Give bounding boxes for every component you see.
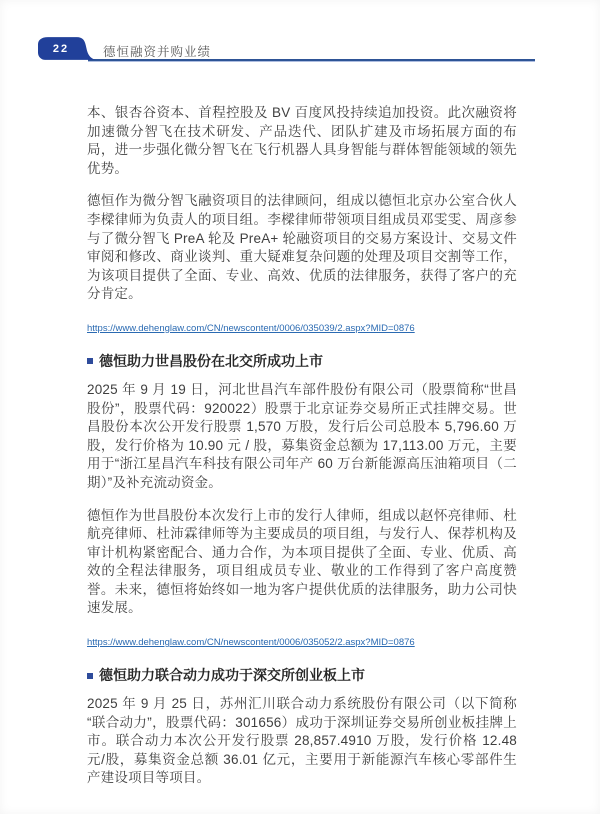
square-bullet-icon	[87, 358, 93, 364]
page-content: 本、银杏谷资本、首程控股及 BV 百度风投持续追加投资。此次融资将加速微分智飞在…	[87, 104, 517, 802]
page-header: 22 德恒融资并购业绩	[0, 0, 600, 64]
article-title: 德恒助力世昌股份在北交所成功上市	[87, 352, 517, 371]
paragraph: 2025 年 9 月 19 日，河北世昌汽车部件股份有限公司（股票简称“世昌股份…	[87, 381, 517, 493]
article-source-link[interactable]: https://www.dehenglaw.com/CN/newscontent…	[87, 637, 415, 649]
page-number: 22	[38, 36, 84, 61]
article-title: 德恒助力联合动力成功于深交所创业板上市	[87, 666, 517, 685]
header-title: 德恒融资并购业绩	[103, 42, 211, 60]
document-page: 22 德恒融资并购业绩 本、银杏谷资本、首程控股及 BV 百度风投持续追加投资。…	[0, 0, 600, 814]
page-number-tab: 22	[38, 36, 96, 61]
square-bullet-icon	[87, 673, 93, 679]
article-title-text: 德恒助力联合动力成功于深交所创业板上市	[99, 666, 365, 685]
article-source-link[interactable]: https://www.dehenglaw.com/CN/newscontent…	[87, 323, 415, 335]
paragraph: 2025 年 9 月 25 日，苏州汇川联合动力系统股份有限公司（以下简称“联合…	[87, 695, 517, 788]
paragraph: 德恒作为世昌股份本次发行上市的发行人律师，组成以赵怀亮律师、杜航亮律师、杜沛霖律…	[87, 507, 517, 619]
paragraph: 本、银杏谷资本、首程控股及 BV 百度风投持续追加投资。此次融资将加速微分智飞在…	[87, 104, 517, 178]
article-title-text: 德恒助力世昌股份在北交所成功上市	[99, 352, 323, 371]
paragraph: 德恒作为微分智飞融资项目的法律顾问，组成以德恒北京办公室合伙人李樑律师为负责人的…	[87, 192, 517, 304]
